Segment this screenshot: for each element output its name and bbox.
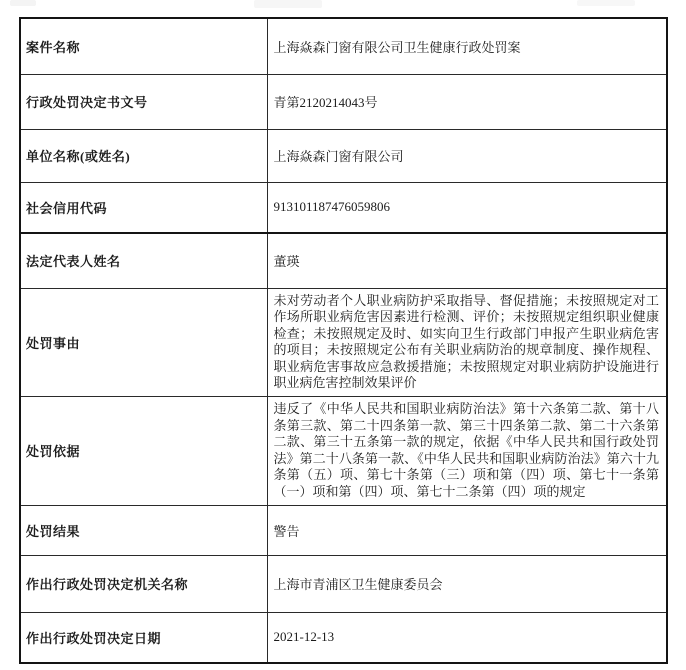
- scan-artifact: [254, 0, 322, 8]
- table-row-credit-code: 社会信用代码 913101187476059806: [20, 182, 667, 233]
- row-value-credit-code: 913101187476059806: [267, 182, 667, 233]
- row-label-penalty-reason: 处罚事由: [20, 288, 267, 397]
- table-row-penalty-reason: 处罚事由 未对劳动者个人职业病防护采取指导、督促措施；未按照规定对工作场所职业病…: [20, 288, 667, 397]
- row-value-penalty-result: 警告: [267, 505, 667, 555]
- row-label-case-name: 案件名称: [20, 18, 267, 74]
- table-row-deciding-authority: 作出行政处罚决定机关名称 上海市青浦区卫生健康委员会: [20, 555, 667, 612]
- table-row-unit-name: 单位名称(或姓名) 上海焱森门窗有限公司: [20, 129, 667, 182]
- table-row-case-name: 案件名称 上海焱森门窗有限公司卫生健康行政处罚案: [20, 18, 667, 74]
- table-row-penalty-result: 处罚结果 警告: [20, 505, 667, 555]
- row-value-decision-date: 2021-12-13: [267, 612, 667, 663]
- table-row-legal-representative: 法定代表人姓名 董瑛: [20, 233, 667, 288]
- row-label-penalty-basis: 处罚依据: [20, 397, 267, 506]
- scan-artifact: [577, 0, 635, 6]
- row-value-deciding-authority: 上海市青浦区卫生健康委员会: [267, 555, 667, 612]
- row-value-penalty-basis: 违反了《中华人民共和国职业病防治法》第十六条第二款、第十八条第三款、第二十四条第…: [267, 397, 667, 506]
- row-value-unit-name: 上海焱森门窗有限公司: [267, 129, 667, 182]
- row-value-decision-number: 青第2120214043号: [267, 74, 667, 129]
- scan-artifact: [10, 0, 36, 6]
- row-label-decision-date: 作出行政处罚决定日期: [20, 612, 267, 663]
- row-value-penalty-reason: 未对劳动者个人职业病防护采取指导、督促措施；未按照规定对工作场所职业病危害因素进…: [267, 288, 667, 397]
- row-label-decision-number: 行政处罚决定书文号: [20, 74, 267, 129]
- table-row-decision-date: 作出行政处罚决定日期 2021-12-13: [20, 612, 667, 663]
- row-label-deciding-authority: 作出行政处罚决定机关名称: [20, 555, 267, 612]
- row-label-unit-name: 单位名称(或姓名): [20, 129, 267, 182]
- row-label-credit-code: 社会信用代码: [20, 182, 267, 233]
- table-row-decision-number: 行政处罚决定书文号 青第2120214043号: [20, 74, 667, 129]
- row-value-legal-representative: 董瑛: [267, 233, 667, 288]
- penalty-record-table: 案件名称 上海焱森门窗有限公司卫生健康行政处罚案 行政处罚决定书文号 青第212…: [19, 17, 668, 664]
- row-label-legal-representative: 法定代表人姓名: [20, 233, 267, 288]
- row-value-case-name: 上海焱森门窗有限公司卫生健康行政处罚案: [267, 18, 667, 74]
- row-label-penalty-result: 处罚结果: [20, 505, 267, 555]
- table-row-penalty-basis: 处罚依据 违反了《中华人民共和国职业病防治法》第十六条第二款、第十八条第三款、第…: [20, 397, 667, 506]
